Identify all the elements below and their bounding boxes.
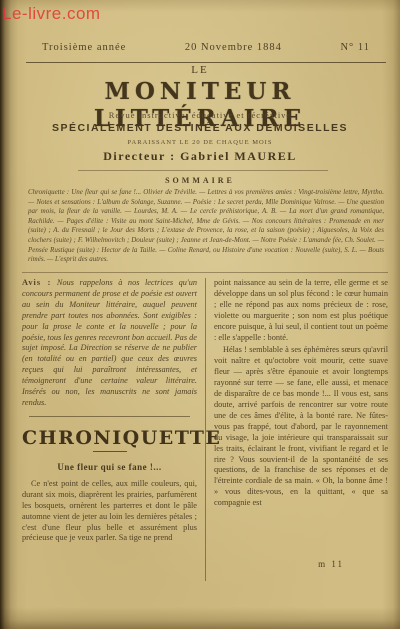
masthead-tagline: Revue instructive, éducative et récréati…	[0, 110, 400, 120]
notice-rule	[29, 416, 190, 417]
paragraph: point naissance au sein de la terre, ell…	[214, 278, 388, 343]
paragraph: Ce n'est point de celles, aux mille coul…	[22, 479, 197, 544]
notice-text: Nous rappelons à nos lectrices qu'un con…	[22, 278, 197, 407]
masthead-director: Directeur : Gabriel MAUREL	[0, 149, 400, 164]
section-heading: CHRONIQUETTE	[22, 427, 197, 449]
right-column: point naissance au sein de la terre, ell…	[206, 278, 388, 581]
masthead-audience: SPÉCIALEMENT DESTINÉE AUX DEMOISELLES	[0, 122, 400, 134]
scanned-magazine-page: Le-livre.com Troisième année 20 Novembre…	[0, 0, 400, 629]
editor-notice: Avis : Nous rappelons à nos lectrices qu…	[22, 278, 197, 409]
article-title: Une fleur qui se fane !...	[22, 462, 197, 472]
article-columns: Avis : Nous rappelons à nos lectrices qu…	[22, 278, 388, 581]
edition-label: Troisième année	[42, 42, 126, 53]
summary-bottom-rule	[22, 272, 388, 273]
issue-date: 20 Novembre 1884	[185, 42, 282, 53]
dateline: Troisième année 20 Novembre 1884 N° 11	[42, 42, 370, 53]
paragraph: Hélas ! semblable à ses éphémères sœurs …	[214, 345, 388, 509]
section-heading-rule	[93, 451, 127, 452]
summary-text: Chroniquette : Une fleur qui se fane !..…	[28, 188, 384, 265]
masthead-rule	[78, 170, 328, 171]
notice-label: Avis :	[22, 278, 51, 287]
printer-signature: m 11	[318, 559, 344, 569]
article-text-right: point naissance au sein de la terre, ell…	[214, 278, 388, 509]
masthead-article: LE	[0, 64, 400, 76]
scanner-watermark: Le-livre.com	[2, 4, 101, 24]
dateline-rule	[26, 62, 386, 63]
issue-number: N° 11	[340, 42, 370, 53]
article-text-left: Ce n'est point de celles, aux mille coul…	[22, 479, 197, 544]
summary-heading: SOMMAIRE	[0, 176, 400, 185]
masthead-frequency: PARAISSANT LE 20 DE CHAQUE MOIS	[0, 139, 400, 146]
left-column: Avis : Nous rappelons à nos lectrices qu…	[22, 278, 205, 581]
